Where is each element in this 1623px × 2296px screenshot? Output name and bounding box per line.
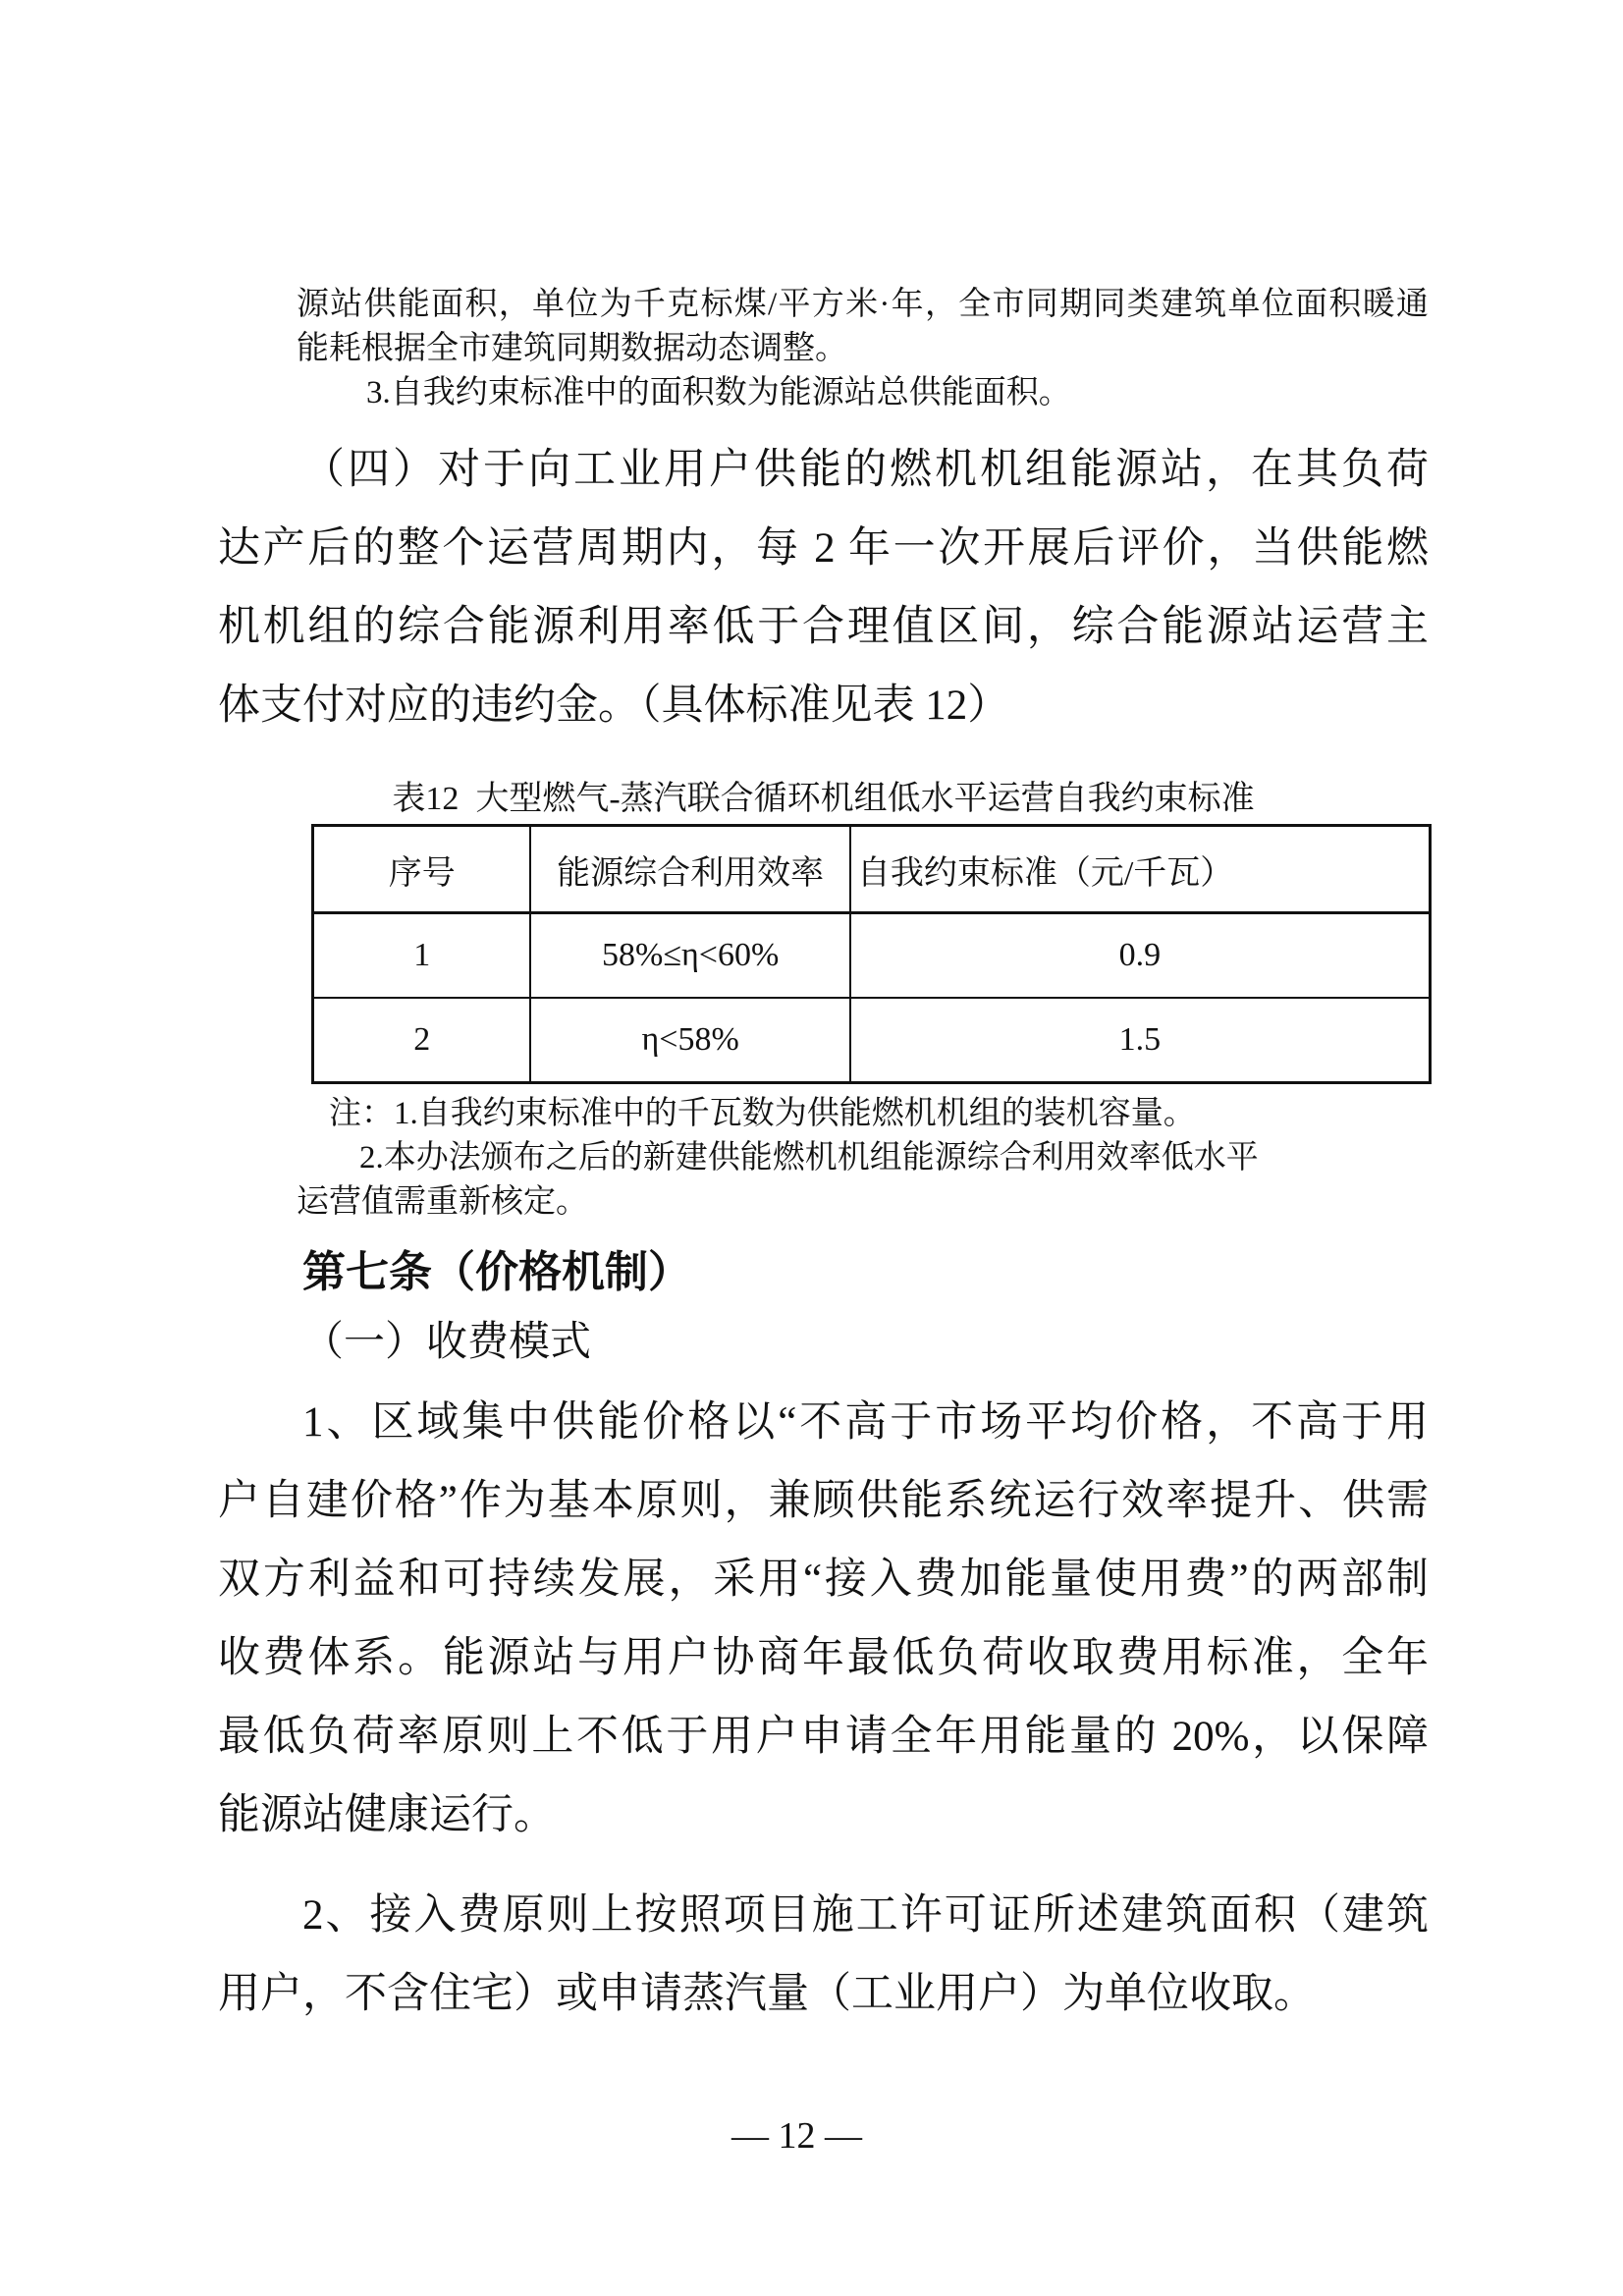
table-caption: 表12 大型燃气-蒸汽联合循环机组低水平运营自我约束标准 — [218, 777, 1429, 822]
note-line: 源站供能面积，单位为千克标煤/平方米·年，全市同期同类建筑单位面积暖通 — [297, 283, 1429, 327]
table-12: 序号 能源综合利用效率 自我约束标准（元/千瓦） 1 58%≤η<60% 0.9… — [311, 824, 1432, 1084]
body-line: 双方利益和可持续发展，采用“接入费加能量使用费”的两部制 — [218, 1541, 1429, 1619]
body-line: 用户，不含住宅）或申请蒸汽量（工业用户）为单位收取。 — [218, 1955, 1429, 2034]
page-number: — 12 — — [0, 2113, 1594, 2159]
paragraph-2: 2、接入费原则上按照项目施工许可证所述建筑面积（建筑 用户，不含住宅）或申请蒸汽… — [218, 1877, 1429, 2034]
document-page: 源站供能面积，单位为千克标煤/平方米·年，全市同期同类建筑单位面积暖通 能耗根据… — [0, 0, 1623, 2296]
section-1-subheading: （一）收费模式 — [218, 1315, 1429, 1370]
cell-standard: 1.5 — [850, 998, 1431, 1083]
cell-index: 2 — [313, 998, 531, 1083]
table-header-row: 序号 能源综合利用效率 自我约束标准（元/千瓦） — [313, 826, 1431, 913]
note-line: 3.自我约束标准中的面积数为能源站总供能面积。 — [297, 371, 1429, 415]
note-line: 2.本办法颁布之后的新建供能燃机机组能源综合利用效率低水平 — [297, 1136, 1429, 1180]
body-line: 1、区域集中供能价格以“不高于市场平均价格，不高于用 — [218, 1384, 1429, 1462]
table-row: 2 η<58% 1.5 — [313, 998, 1431, 1083]
header-cell-standard: 自我约束标准（元/千瓦） — [850, 826, 1431, 913]
note-line: 运营值需重新核定。 — [297, 1180, 1429, 1225]
page-content: 源站供能面积，单位为千克标煤/平方米·年，全市同期同类建筑单位面积暖通 能耗根据… — [0, 0, 1623, 2034]
article-7-heading: 第七条（价格机制） — [218, 1248, 1429, 1297]
cell-efficiency: η<58% — [530, 998, 849, 1083]
paragraph-4: （四）对于向工业用户供能的燃机机组能源站，在其负荷 达产后的整个运营周期内，每 … — [218, 431, 1429, 745]
table-notes-block: 注：1.自我约束标准中的千瓦数为供能燃机机组的装机容量。 2.本办法颁布之后的新… — [297, 1092, 1429, 1225]
note-line: 能耗根据全市建筑同期数据动态调整。 — [297, 327, 1429, 371]
body-line: 体支付对应的违约金。（具体标准见表 12） — [218, 667, 1429, 745]
body-line: 户自建价格”作为基本原则，兼顾供能系统运行效率提升、供需 — [218, 1462, 1429, 1541]
paragraph-1: 1、区域集中供能价格以“不高于市场平均价格，不高于用 户自建价格”作为基本原则，… — [218, 1384, 1429, 1855]
body-line: 能源站健康运行。 — [218, 1777, 1429, 1855]
body-line: 机机组的综合能源利用率低于合理值区间，综合能源站运营主 — [218, 588, 1429, 667]
note-line: 注：1.自我约束标准中的千瓦数为供能燃机机组的装机容量。 — [297, 1092, 1429, 1136]
header-cell-index: 序号 — [313, 826, 531, 913]
cell-efficiency: 58%≤η<60% — [530, 913, 849, 999]
cell-index: 1 — [313, 913, 531, 999]
body-line: 达产后的整个运营周期内，每 2 年一次开展后评价，当供能燃 — [218, 510, 1429, 588]
note-continuation-block: 源站供能面积，单位为千克标煤/平方米·年，全市同期同类建筑单位面积暖通 能耗根据… — [297, 0, 1429, 415]
table-row: 1 58%≤η<60% 0.9 — [313, 913, 1431, 999]
body-line: 2、接入费原则上按照项目施工许可证所述建筑面积（建筑 — [218, 1877, 1429, 1955]
body-line: （四）对于向工业用户供能的燃机机组能源站，在其负荷 — [218, 431, 1429, 510]
body-line: 收费体系。能源站与用户协商年最低负荷收取费用标准，全年 — [218, 1619, 1429, 1698]
body-line: 最低负荷率原则上不低于用户申请全年用能量的 20%，以保障 — [218, 1698, 1429, 1777]
cell-standard: 0.9 — [850, 913, 1431, 999]
header-cell-efficiency: 能源综合利用效率 — [530, 826, 849, 913]
